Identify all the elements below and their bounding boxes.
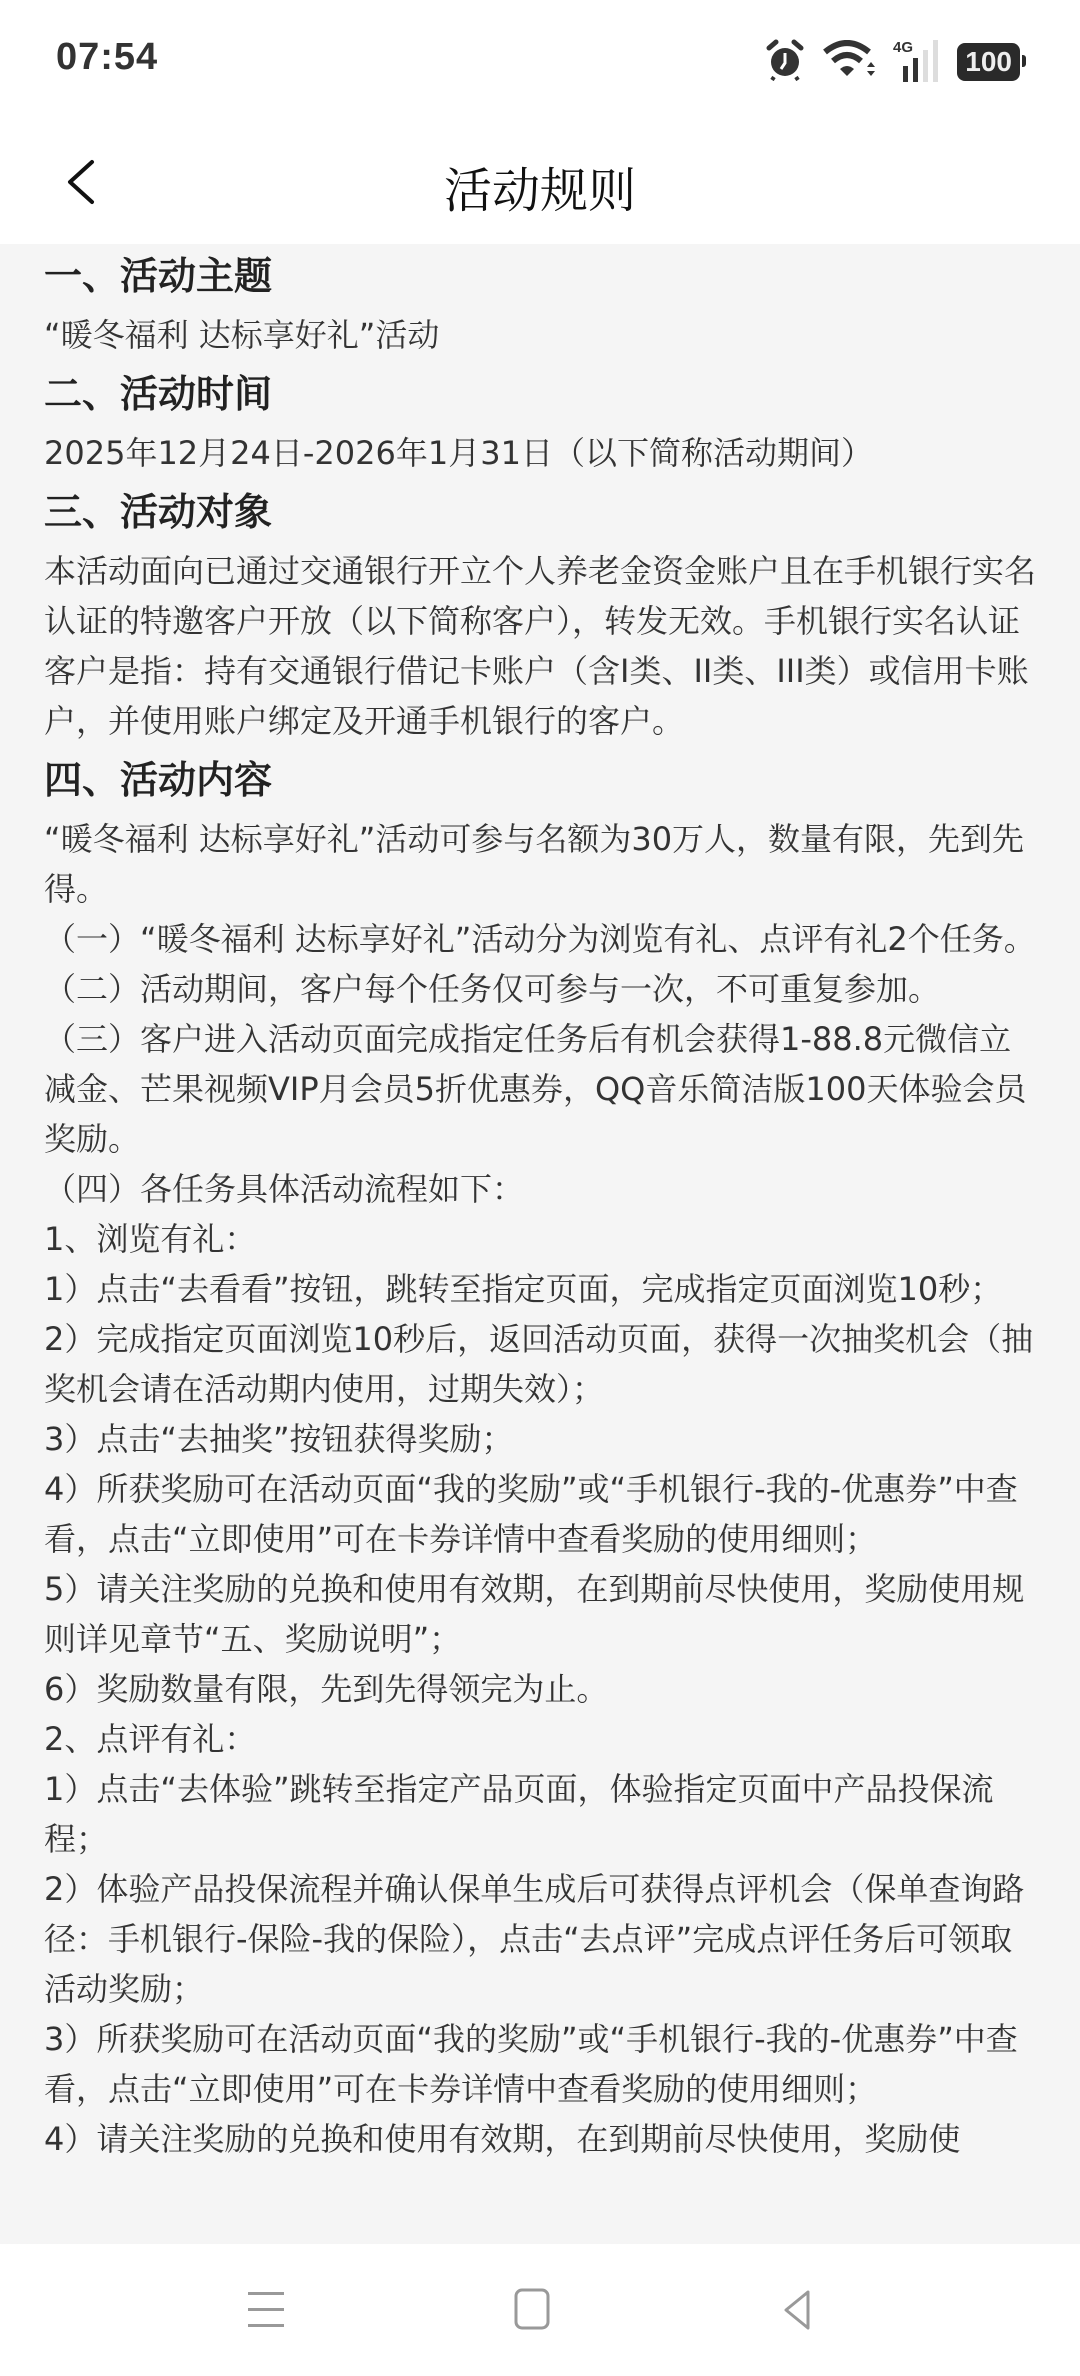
status-bar: 07:54 4G 100 (0, 0, 1080, 120)
status-time: 07:54 (56, 36, 158, 79)
status-icons: 4G 100 (765, 40, 1020, 84)
wifi-icon (823, 40, 875, 84)
time-text: 2025年12月24日-2026年1月31日（以下简称活动期间） (44, 428, 1036, 478)
browse-step: 5）请关注奖励的兑换和使用有效期，在到期前尽快使用，奖励使用规则详见章节“五、奖… (44, 1564, 1036, 1664)
browse-step: 6）奖励数量有限，先到先得领完为止。 (44, 1664, 1036, 1714)
menu-icon (240, 2288, 292, 2332)
content-paragraph: （二）活动期间，客户每个任务仅可参与一次，不可重复参加。 (44, 964, 1036, 1014)
alarm-icon (765, 39, 805, 85)
header: 活动规则 (0, 120, 1080, 244)
browse-step: 2）完成指定页面浏览10秒后，返回活动页面，获得一次抽奖机会（抽奖机会请在活动期… (44, 1314, 1036, 1414)
home-icon (506, 2288, 558, 2332)
home-button[interactable] (506, 2288, 558, 2332)
section-title-content: 四、活动内容 (44, 752, 1036, 808)
battery-icon: 100 (957, 43, 1020, 81)
page-title: 活动规则 (0, 152, 1080, 221)
review-step: 4）请关注奖励的兑换和使用有效期，在到期前尽快使用，奖励使 (44, 2114, 1036, 2164)
browse-step: 4）所获奖励可在活动页面“我的奖励”或“手机银行-我的-优惠券”中查看，点击“立… (44, 1464, 1036, 1564)
task-heading-review: 2、点评有礼： (44, 1714, 1036, 1764)
browse-step: 1）点击“去看看”按钮，跳转至指定页面，完成指定页面浏览10秒； (44, 1264, 1036, 1314)
task-heading-browse: 1、浏览有礼： (44, 1214, 1036, 1264)
recent-apps-button[interactable] (240, 2288, 292, 2332)
svg-text:4G: 4G (893, 39, 913, 56)
review-step: 1）点击“去体验”跳转至指定产品页面，体验指定页面中产品投保流程； (44, 1764, 1036, 1864)
signal-4g-icon: 4G (893, 38, 939, 86)
back-nav-button[interactable] (772, 2288, 824, 2332)
system-nav-bar (0, 2244, 1080, 2376)
review-step: 3）所获奖励可在活动页面“我的奖励”或“手机银行-我的-优惠券”中查看，点击“立… (44, 2014, 1036, 2114)
content-paragraph: （三）客户进入活动页面完成指定任务后有机会获得1-88.8元微信立减金、芒果视频… (44, 1014, 1036, 1164)
section-title-theme: 一、活动主题 (44, 248, 1036, 304)
content-paragraph: （四）各任务具体活动流程如下： (44, 1164, 1036, 1214)
theme-text: “暖冬福利 达标享好礼”活动 (44, 310, 1036, 360)
browse-step: 3）点击“去抽奖”按钮获得奖励； (44, 1414, 1036, 1464)
rules-content[interactable]: 一、活动主题 “暖冬福利 达标享好礼”活动 二、活动时间 2025年12月24日… (0, 244, 1080, 2244)
section-title-time: 二、活动时间 (44, 366, 1036, 422)
section-title-audience: 三、活动对象 (44, 484, 1036, 540)
back-triangle-icon (772, 2288, 824, 2332)
audience-text: 本活动面向已通过交通银行开立个人养老金资金账户且在手机银行实名认证的特邀客户开放… (44, 546, 1036, 746)
content-paragraph: （一）“暖冬福利 达标享好礼”活动分为浏览有礼、点评有礼2个任务。 (44, 914, 1036, 964)
review-step: 2）体验产品投保流程并确认保单生成后可获得点评机会（保单查询路径：手机银行-保险… (44, 1864, 1036, 2014)
content-paragraph: “暖冬福利 达标享好礼”活动可参与名额为30万人，数量有限，先到先得。 (44, 814, 1036, 914)
